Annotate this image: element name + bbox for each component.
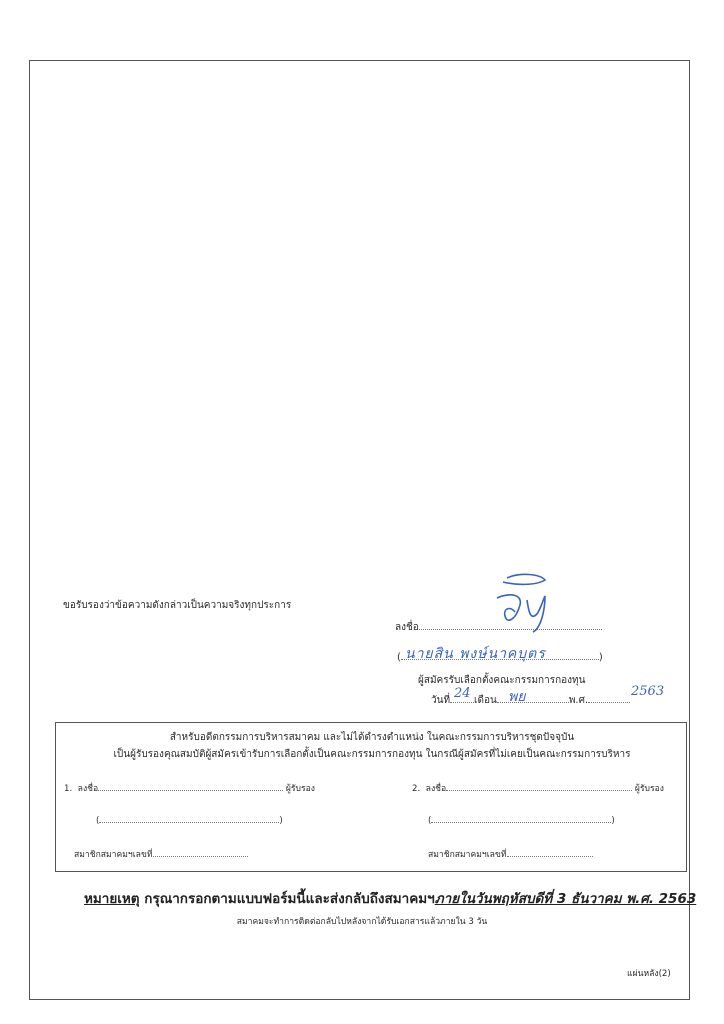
endorser-1-signature-line[interactable] [98, 781, 283, 791]
year-field[interactable] [588, 693, 630, 703]
endorser-1-name-line[interactable] [99, 813, 279, 823]
endorser-1-sign-row: 1. ลงชื่อ ผู้รับรอง [64, 781, 315, 795]
endorsement-heading-2: เป็นผู้รับรองคุณสมบัติผู้สมัครเข้ารับการ… [56, 747, 688, 762]
endorser-2-signature-line[interactable] [446, 781, 632, 791]
applicant-role: ผู้สมัครรับเลือกตั้งคณะกรรมการกองทุน [418, 673, 585, 688]
note-deadline: ภายในวันพฤหัสบดีที่ 3 ธันวาคม พ.ศ. 2563 [435, 891, 697, 907]
year-handwritten: 2563 [631, 684, 664, 699]
endorser-1-member-row: สมาชิกสมาคมฯเลขที่ [74, 847, 248, 861]
endorser-2-member-label: สมาชิกสมาคมฯเลขที่ [428, 850, 507, 860]
close-paren: ) [279, 816, 282, 826]
note-label: หมายเหตุ [84, 891, 140, 907]
followup-text: สมาคมจะทำการติดต่อกลับไปหลังจากได้รับเอก… [0, 914, 724, 928]
endorser-2-sign-row: 2. ลงชื่อ ผู้รับรอง [412, 781, 664, 795]
close-paren: ) [611, 816, 614, 826]
certification-statement: ขอรับรองว่าข้อความดังกล่าวเป็นความจริงทุ… [63, 598, 291, 613]
endorser-1-number: 1. [64, 784, 72, 794]
endorser-1-member-field[interactable] [153, 847, 248, 857]
page-label: แผ่นหลัง(2) [627, 966, 671, 980]
signature-scribble-icon [485, 570, 555, 635]
endorser-1-sign-label: ลงชื่อ [78, 784, 98, 794]
endorser-1-member-label: สมาชิกสมาคมฯเลขที่ [74, 850, 153, 860]
day-handwritten: 24 [454, 686, 471, 701]
endorser-2-member-field[interactable] [507, 847, 593, 857]
note-text: กรุณากรอกตามแบบฟอร์มนี้และส่งกลับถึงสมาค… [140, 891, 435, 907]
month-handwritten: พย [508, 686, 525, 708]
endorsement-heading-1: สำหรับอดีตกรรมการบริหารสมาคม และไม่ได้ดำ… [56, 730, 688, 745]
endorser-1-name-row: () [96, 813, 283, 826]
endorser-2-member-row: สมาชิกสมาคมฯเลขที่ [428, 847, 593, 861]
endorser-2-role: ผู้รับรอง [635, 784, 664, 794]
endorser-1-role: ผู้รับรอง [286, 784, 315, 794]
month-label: เดือน [474, 695, 497, 706]
applicant-name-handwritten: นายสิน พงษ์นาคบุตร [405, 643, 546, 665]
day-label: วันที่ [431, 695, 450, 706]
sign-label: ลงชื่อ [395, 622, 419, 633]
year-label: พ.ศ. [569, 695, 588, 706]
endorser-2-number: 2. [412, 784, 420, 794]
endorser-2-name-row: () [428, 813, 615, 826]
endorser-2-name-line[interactable] [431, 813, 611, 823]
note-line: หมายเหตุ กรุณากรอกตามแบบฟอร์มนี้และส่งกล… [84, 887, 696, 909]
close-paren: ) [599, 652, 603, 663]
endorsement-box: สำหรับอดีตกรรมการบริหารสมาคม และไม่ได้ดำ… [55, 722, 687, 872]
endorser-2-sign-label: ลงชื่อ [426, 784, 446, 794]
